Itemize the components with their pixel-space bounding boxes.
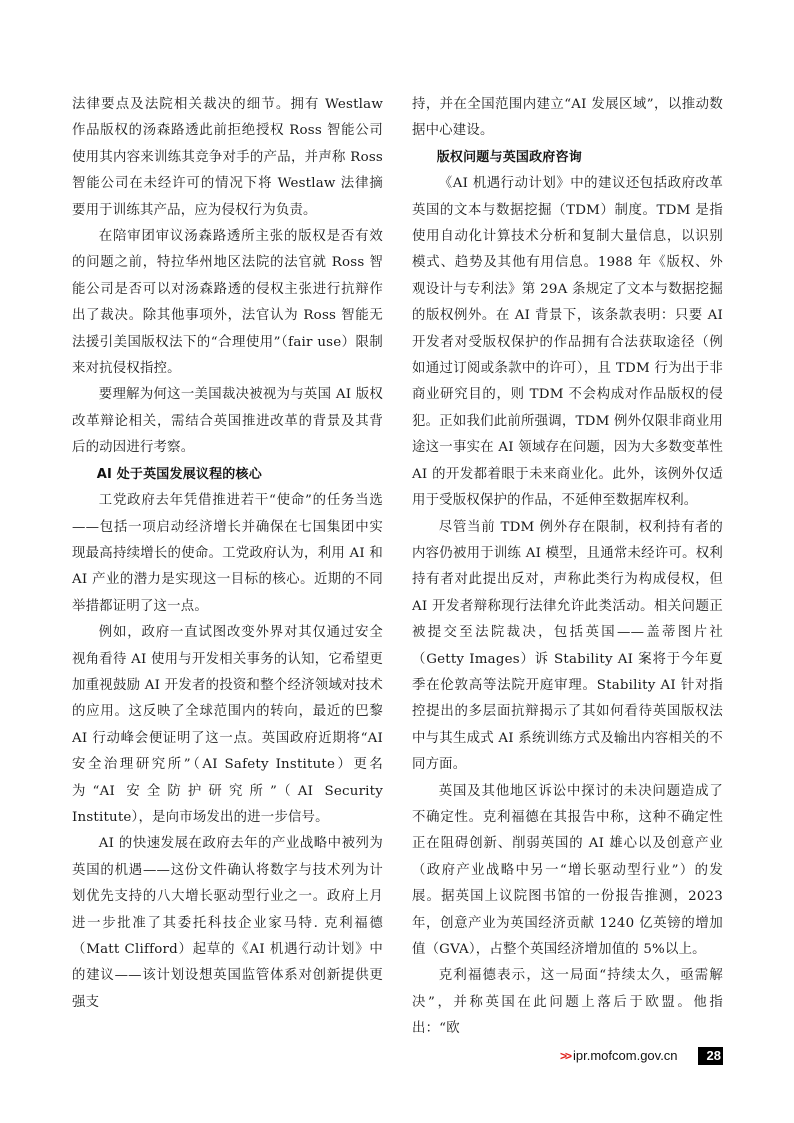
paragraph: AI 的快速发展在政府去年的产业战略中被列为英国的机遇——这份文件确认将数字与技…: [72, 831, 383, 1016]
paragraph: 工党政府去年凭借推进若干“使命”的任务当选——包括一项启动经济增长并确保在七国集…: [72, 488, 383, 620]
paragraph: 要理解为何这一美国裁决被视为与英国 AI 版权改革辩论相关，需结合英国推进改革的…: [72, 382, 383, 461]
paragraph: 法律要点及法院相关裁决的细节。拥有 Westlaw 作品版权的汤森路透此前拒绝授…: [72, 92, 383, 224]
page-number: 28: [698, 1047, 723, 1065]
left-column: 法律要点及法院相关裁决的细节。拥有 Westlaw 作品版权的汤森路透此前拒绝授…: [72, 92, 383, 1016]
paragraph: 例如，政府一直试图改变外界对其仅通过安全视角看待 AI 使用与开发相关事务的认知…: [72, 620, 383, 831]
website-link[interactable]: ipr.mofcom.gov.cn: [573, 1048, 678, 1063]
paragraph: 《AI 机遇行动计划》中的建议还包括政府改革英国的文本与数据挖掘（TDM）制度。…: [412, 171, 723, 514]
page-footer: >> ipr.mofcom.gov.cn 28: [560, 1046, 723, 1065]
double-chevron-right-icon: >>: [560, 1049, 570, 1063]
paragraph: 在陪审团审议汤森路透所主张的版权是否有效的问题之前，特拉华州地区法院的法官就 R…: [72, 224, 383, 382]
paragraph: 英国及其他地区诉讼中探讨的未决问题造成了不确定性。克利福德在其报告中称，这种不确…: [412, 779, 723, 964]
right-column: 持，并在全国范围内建立“AI 发展区域”，以推动数据中心建设。 版权问题与英国政…: [412, 92, 723, 1043]
paragraph: 克利福德表示，这一局面“持续太久，亟需解决”，并称英国在此问题上落后于欧盟。他指…: [412, 963, 723, 1042]
section-heading: 版权问题与英国政府咨询: [412, 145, 723, 171]
paragraph: 持，并在全国范围内建立“AI 发展区域”，以推动数据中心建设。: [412, 92, 723, 145]
section-heading: AI 处于英国发展议程的核心: [72, 462, 383, 488]
paragraph: 尽管当前 TDM 例外存在限制，权利持有者的内容仍被用于训练 AI 模型，且通常…: [412, 515, 723, 779]
